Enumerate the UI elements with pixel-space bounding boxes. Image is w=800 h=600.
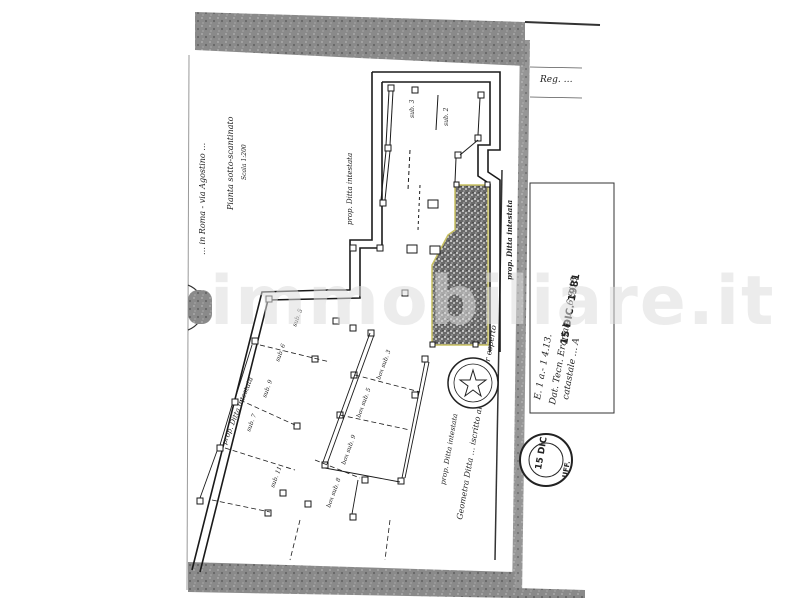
svg-text:sub. 11: sub. 11 [269, 465, 283, 488]
svg-text:sub. 6: sub. 6 [274, 343, 287, 363]
official-seal [448, 358, 498, 408]
date-stamp: 15 DIC. 1981 [559, 273, 582, 346]
header-text: … in Roma - via Agostino … [198, 143, 207, 255]
scanned-document: Reg. … [0, 0, 800, 600]
svg-text:box sub. 3: box sub. 3 [375, 349, 392, 381]
svg-text:box sub. 9: box sub. 9 [340, 434, 357, 466]
svg-text:sub. 5: sub. 5 [291, 308, 304, 328]
svg-text:sub. 3: sub. 3 [409, 99, 416, 118]
neighbor-label-bottom: prop. Ditta intestata [439, 413, 459, 485]
floor-plan-scan: Reg. … [0, 0, 800, 600]
svg-text:box sub. 5: box sub. 5 [355, 387, 372, 419]
neighbor-label-right: prop. Ditta intestata [505, 199, 514, 280]
signature-note: Geometra Ditta … iscritto all'Albo … per… [455, 324, 498, 520]
hatched-courtyard [432, 185, 488, 345]
svg-text:UFF.: UFF. [561, 460, 572, 478]
svg-text:sub. 2: sub. 2 [443, 107, 450, 126]
neighbor-label-top: prop. Ditta intestata [346, 153, 354, 225]
left-seal-fragment [188, 285, 212, 330]
side-annotation: E. 1 a.- 1 4.13. Dat. Tecn. Erariale … 6… [533, 273, 583, 407]
svg-text:sub. 9: sub. 9 [261, 379, 274, 399]
side-top-note: Reg. … [539, 75, 573, 85]
plan-title: Pianta sotto-scantinato [226, 116, 235, 211]
scan-shadow-top [195, 12, 525, 66]
svg-text:box sub. 8: box sub. 8 [325, 477, 342, 509]
svg-text:sub. 7: sub. 7 [245, 413, 258, 433]
scan-shadow-bottom [188, 562, 515, 598]
postal-stamp: 15 DIC UFF. [520, 434, 572, 486]
scale-text: Scala 1:200 [241, 144, 248, 180]
